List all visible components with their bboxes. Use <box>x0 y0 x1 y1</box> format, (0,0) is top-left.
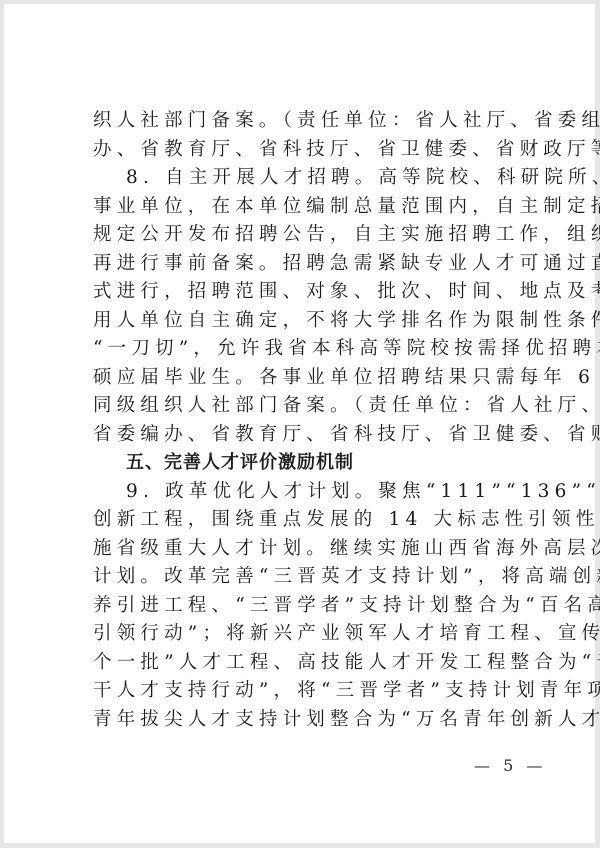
text-line: 个一批”人才工程、高技能人才开发工程整合为“千名拔尖骨 <box>93 649 531 678</box>
text-line: 规定公开发布招聘公告，自主实施招聘工作，组织人社部门不 <box>93 221 531 250</box>
document-page: 织人社部门备案。（责任单位：省人社厅、省委组织部、省委编 办、省教育厅、省科技厅… <box>4 4 595 843</box>
text-line: 引领行动”；将新兴产业领军人才培育工程、宣传文化系统“四 <box>93 620 531 649</box>
document-body: 织人社部门备案。（责任单位：省人社厅、省委组织部、省委编 办、省教育厅、省科技厅… <box>93 107 531 734</box>
text-line: 创新工程，围绕重点发展的 14 大标志性引领性产业集群，实 <box>93 506 531 535</box>
text-line: 干人才支持行动”，将“三晋学者”支持计划青年项目、山西省 <box>93 677 531 706</box>
text-line: 式进行，招聘范围、对象、批次、时间、地点及考核形式、内容由 <box>93 278 531 307</box>
text-line: 再进行事前备案。招聘急需紧缺专业人才可通过直接考核方 <box>93 250 531 279</box>
paragraph-item-9-start: 9. 政革优化人才计划。聚焦“111”“136”“1331”三大省级 <box>93 478 531 507</box>
text-line: 办、省教育厅、省科技厅、省卫健委、省财政厅等，各市） <box>93 136 531 165</box>
text-line: 计划。改革完善“三晋英才支持计划”，将高端创新型人才培 <box>93 563 531 592</box>
text-line: 事业单位，在本单位编制总量范围内，自主制定招聘方案，按 <box>93 193 531 222</box>
text-line: 施省级重大人才计划。继续实施山西省海外高层次人才引进 <box>93 535 531 564</box>
paragraph-item-8-start: 8. 自主开展人才招聘。高等院校、科研院所、公立医院等 <box>93 164 531 193</box>
text-line: 硕应届毕业生。各事业单位招聘结果只需每年 6 月、12 月向 <box>93 364 531 393</box>
text-line: “一刀切”，允许我省本科高等院校按需择优招聘本校优秀本 <box>93 335 531 364</box>
text-line: 用人单位自主确定，不将大学排名作为限制性条件，不搞学历 <box>93 307 531 336</box>
text-line: 织人社部门备案。（责任单位：省人社厅、省委组织部、省委编 <box>93 107 531 136</box>
text-line: 同级组织人社部门备案。（责任单位：省人社厅、省委组织部、 <box>93 392 531 421</box>
section-heading: 五、完善人才评价激励机制 <box>93 449 531 478</box>
page-number: — 5 — <box>474 756 546 775</box>
text-line: 养引进工程、“三晋学者”支持计划整合为“百名高端领军人才 <box>93 592 531 621</box>
text-line: 青年拔尖人才支持计划整合为“万名青年创新人才培育行 <box>93 706 531 735</box>
text-line: 省委编办、省教育厅、省科技厅、省卫健委、省财政厅等，各市） <box>93 421 531 450</box>
